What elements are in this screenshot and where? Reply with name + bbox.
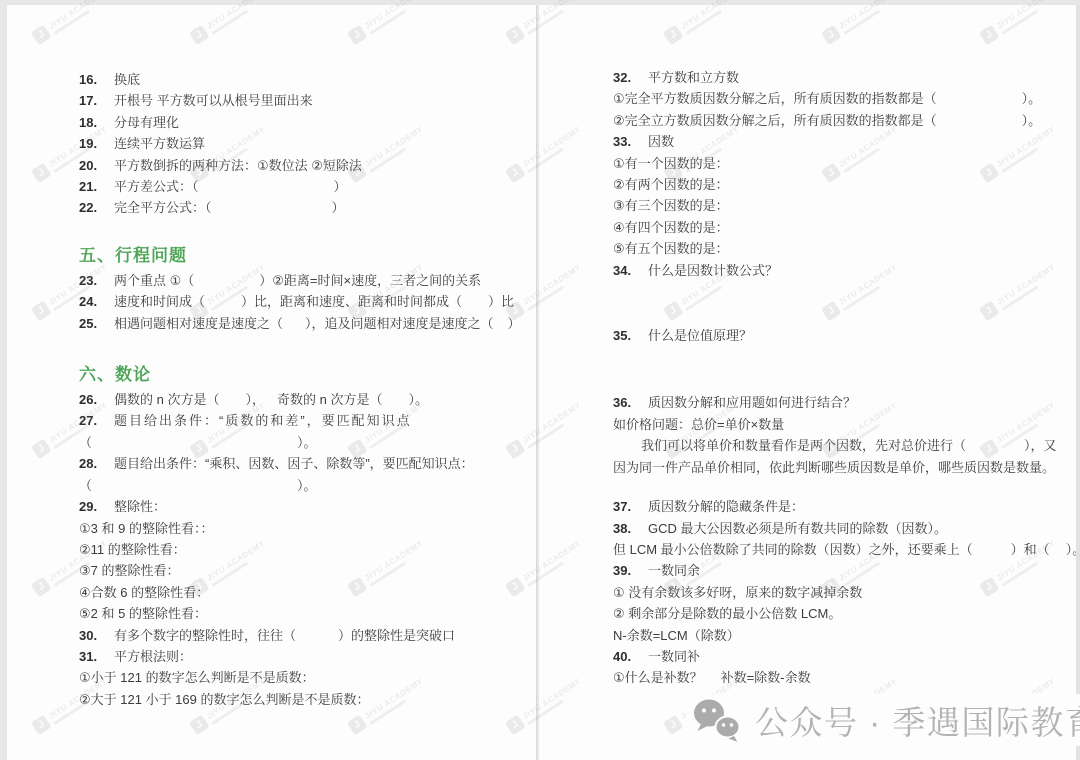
numbered-item: 17.开根号 平方数可以从根号里面出来 [79,90,512,111]
item-text: ①什么是补数？补数=除数-余数 [613,670,811,685]
numbered-item: 32.平方数和立方数 [613,67,1060,88]
item-number: 30. [79,625,114,646]
sub-line: （）。 [79,432,512,453]
item-number: 26. [79,389,114,410]
numbered-item: 28.题目给出条件：“乘积、因数、因子、除数等”，要匹配知识点： [79,453,512,474]
blank-answer-space [92,489,297,490]
blank-answer-space [199,190,334,191]
section-heading: 五、行程问题 [79,241,512,270]
item-number: 35. [613,325,648,346]
numbered-item: 19.连续平方数运算 [79,133,512,154]
sub-line: ④有四个因数的是： [613,217,1060,238]
item-text: 两个重点 ①（）②距离=时间×速度，三者之间的关系 [114,273,481,288]
sub-line: ①3 和 9 的整除性看：： [79,518,512,539]
blank-answer-space [296,639,338,640]
item-number: 39. [613,560,648,581]
numbered-item: 25.相遇问题相对速度是速度之（），追及问题相对速度是速度之（） [79,313,512,334]
item-text: 平方数倒拆的两种方法：①数位法 ②短除法 [114,158,362,173]
numbered-item: 27.题目给出条件：“质数的和差”，要匹配知识点 [79,410,512,431]
blank-answer-space [283,327,305,328]
blank-answer-space [205,305,241,306]
sub-line: 因为同一件产品单价相同，依此判断哪些质因数是单价，哪些质因数是数量。 [613,457,1060,478]
sub-line: ②完全立方数质因数分解之后，所有质因数的指数都是（）。 [613,110,1060,131]
item-number: 21. [79,176,114,197]
item-text: 题目给出条件：“乘积、因数、因子、除数等”，要匹配知识点： [114,456,474,471]
sub-line: ② 剩余部分是除数的最小公倍数 LCM。 [613,603,1060,624]
item-number: 31. [79,646,114,667]
item-text: 因为同一件产品单价相同，依此判断哪些质因数是单价，哪些质因数是数量。 [613,460,1055,475]
item-text: （）。 [79,435,317,450]
numbered-item: 40.一数同补 [613,646,1060,667]
numbered-item: 35.什么是位值原理？ [613,325,1060,346]
sub-line: ⑤2 和 5 的整除性看： [79,603,512,624]
page-right: 32.平方数和立方数①完全平方数质因数分解之后，所有质因数的指数都是（）。②完全… [539,5,1080,760]
sub-line: 但 LCM 最小公倍数除了共同的除数（因数）之外，还要乘上（）和（）。 [613,539,1060,560]
item-text: ①小于 121 的数字怎么判断是不是质数： [79,670,315,685]
sub-line: ⑤有五个因数的是： [613,238,1060,259]
item-number: 27. [79,410,114,431]
item-text: 题目给出条件：“质数的和差”，要匹配知识点 [114,413,412,428]
sub-line: ③有三个因数的是： [613,195,1060,216]
sub-line: N-余数=LCM（除数） [613,625,1060,646]
sub-line: ③7 的整除性看： [79,560,512,581]
item-text: 平方数和立方数 [648,70,739,85]
sub-line: ① 没有余数该多好呀，原来的数字减掉余数 [613,582,1060,603]
blank-answer-space [703,681,721,682]
item-text: 如价格问题：总价=单价×数量 [613,417,784,432]
item-text: ①有一个因数的是： [613,156,729,171]
sub-line: ②大于 121 小于 169 的数字怎么判断是不是质数： [79,689,512,710]
blank-answer-space [462,305,488,306]
blank-answer-space [966,449,1024,450]
numbered-item: 21.平方差公式：（） [79,176,512,197]
item-text: ⑤有五个因数的是： [613,241,729,256]
blank-answer-space [937,102,1022,103]
item-text: ②有两个因数的是： [613,177,729,192]
item-text: 偶数的 n 次方是（），奇数的 n 次方是（）。 [114,392,428,407]
sub-line: ②11 的整除性看： [79,539,512,560]
numbered-item: 22.完全平方公式：（） [79,197,512,218]
numbered-item: 18.分母有理化 [79,112,512,133]
item-number: 40. [613,646,648,667]
item-text: 质因数分解和应用题如何进行结合？ [648,395,856,410]
numbered-item: 16.换底 [79,69,512,90]
item-number: 34. [613,260,648,281]
item-text: ④有四个因数的是： [613,220,729,235]
page-right-content: 32.平方数和立方数①完全平方数质因数分解之后，所有质因数的指数都是（）。②完全… [539,5,1076,689]
blank-answer-space [1050,553,1066,554]
sub-line: ①有一个因数的是： [613,153,1060,174]
sub-line: ④合数 6 的整除性看： [79,582,512,603]
item-text: 平方根法则： [114,649,192,664]
item-text: 相遇问题相对速度是速度之（），追及问题相对速度是速度之（） [114,316,521,331]
item-text: ②大于 121 小于 169 的数字怎么判断是不是质数： [79,692,369,707]
numbered-item: 23.两个重点 ①（）②距离=时间×速度，三者之间的关系 [79,270,512,291]
numbered-item: 36.质因数分解和应用题如何进行结合？ [613,392,1060,413]
numbered-item: 33.因数 [613,131,1060,152]
item-number: 25. [79,313,114,334]
item-text: GCD 最大公因数必须是所有数共同的除数（因数）。 [648,521,947,536]
item-number: 19. [79,133,114,154]
item-text: ④合数 6 的整除性看： [79,585,209,600]
item-text: 平方差公式：（） [114,179,347,194]
page-left-content: 16.换底17.开根号 平方数可以从根号里面出来18.分母有理化19.连续平方数… [7,5,536,710]
numbered-item: 30.有多个数字的整除性时，往往（）的整除性是突破口 [79,625,512,646]
numbered-item: 37.质因数分解的隐藏条件是： [613,496,1060,517]
item-text: ①完全平方数质因数分解之后，所有质因数的指数都是（）。 [613,91,1041,106]
item-text: 换底 [114,72,140,87]
sub-line: ②有两个因数的是： [613,174,1060,195]
numbered-item: 20.平方数倒拆的两种方法：①数位法 ②短除法 [79,155,512,176]
item-text: 连续平方数运算 [114,136,205,151]
numbered-item: 29.整除性： [79,496,512,517]
blank-answer-space [937,124,1022,125]
blank-answer-space [212,211,332,212]
sub-line: ①小于 121 的数字怎么判断是不是质数： [79,667,512,688]
item-number: 18. [79,112,114,133]
sub-line: 我们可以将单价和数量看作是两个因数，先对总价进行（），又 [613,435,1060,456]
document-viewer: 16.换底17.开根号 平方数可以从根号里面出来18.分母有理化19.连续平方数… [0,0,1080,760]
numbered-item: 31.平方根法则： [79,646,512,667]
numbered-item: 24.速度和时间成（）比，距离和速度、距离和时间都成（）比 [79,291,512,312]
item-number: 22. [79,197,114,218]
wechat-account-name: 公众号 · 季遇国际教育 [755,697,1080,744]
item-number: 37. [613,496,648,517]
item-number: 24. [79,291,114,312]
item-text: 一数同补 [648,649,700,664]
section-heading: 六、数论 [79,360,512,389]
blank-answer-space [265,403,277,404]
numbered-item: 39.一数同余 [613,560,1060,581]
item-text: 完全平方公式：（） [114,200,345,215]
numbered-item: 38.GCD 最大公因数必须是所有数共同的除数（因数）。 [613,518,1060,539]
item-number: 36. [613,392,648,413]
page-left: 16.换底17.开根号 平方数可以从根号里面出来18.分母有理化19.连续平方数… [7,5,537,760]
item-text: ⑤2 和 5 的整除性看： [79,606,207,621]
item-text: ② 剩余部分是除数的最小公倍数 LCM。 [613,606,841,621]
item-number: 20. [79,155,114,176]
sub-line: 如价格问题：总价=单价×数量 [613,414,1060,435]
numbered-item: 26.偶数的 n 次方是（），奇数的 n 次方是（）。 [79,389,512,410]
item-text: 整除性： [114,499,166,514]
blank-answer-space [382,403,408,404]
item-text: 分母有理化 [114,115,179,130]
item-text: ①3 和 9 的整除性看：： [79,521,213,536]
item-number: 33. [613,131,648,152]
item-text: 什么是因数计数公式？ [648,263,778,278]
sub-line: ①什么是补数？补数=除数-余数 [613,667,1060,688]
item-number: 38. [613,518,648,539]
numbered-item: 34.什么是因数计数公式？ [613,260,1060,281]
item-number: 28. [79,453,114,474]
item-text: （）。 [79,478,317,493]
item-number: 23. [79,270,114,291]
item-text: 但 LCM 最小公倍数除了共同的除数（因数）之外，还要乘上（）和（）。 [613,542,1080,557]
item-number: 17. [79,90,114,111]
item-text: ① 没有余数该多好呀，原来的数字减掉余数 [613,585,862,600]
item-text: N-余数=LCM（除数） [613,628,740,643]
item-text: 因数 [648,134,674,149]
item-number: 29. [79,496,114,517]
item-text: 我们可以将单价和数量看作是两个因数，先对总价进行（），又 [641,438,1057,453]
item-text: ③有三个因数的是： [613,198,729,213]
item-text: 速度和时间成（）比，距离和速度、距离和时间都成（）比 [114,294,514,309]
item-text: 一数同余 [648,563,700,578]
item-text: ②11 的整除性看： [79,542,186,557]
blank-answer-space [219,403,245,404]
sub-line: ①完全平方数质因数分解之后，所有质因数的指数都是（）。 [613,88,1060,109]
item-text: 开根号 平方数可以从根号里面出来 [114,93,313,108]
item-text: ②完全立方数质因数分解之后，所有质因数的指数都是（）。 [613,113,1041,128]
wechat-banner: 公众号 · 季遇国际教育 [686,694,1080,746]
item-number: 32. [613,67,648,88]
item-text: 什么是位值原理？ [648,328,752,343]
item-text: 质因数分解的隐藏条件是： [648,499,804,514]
blank-answer-space [494,327,508,328]
blank-answer-space [973,553,1011,554]
wechat-icon [692,697,744,743]
item-text: 有多个数字的整除性时，往往（）的整除性是突破口 [114,628,455,643]
sub-line: （）。 [79,475,512,496]
item-number: 16. [79,69,114,90]
blank-answer-space [92,446,297,447]
item-text: ③7 的整除性看： [79,563,180,578]
blank-answer-space [194,284,259,285]
